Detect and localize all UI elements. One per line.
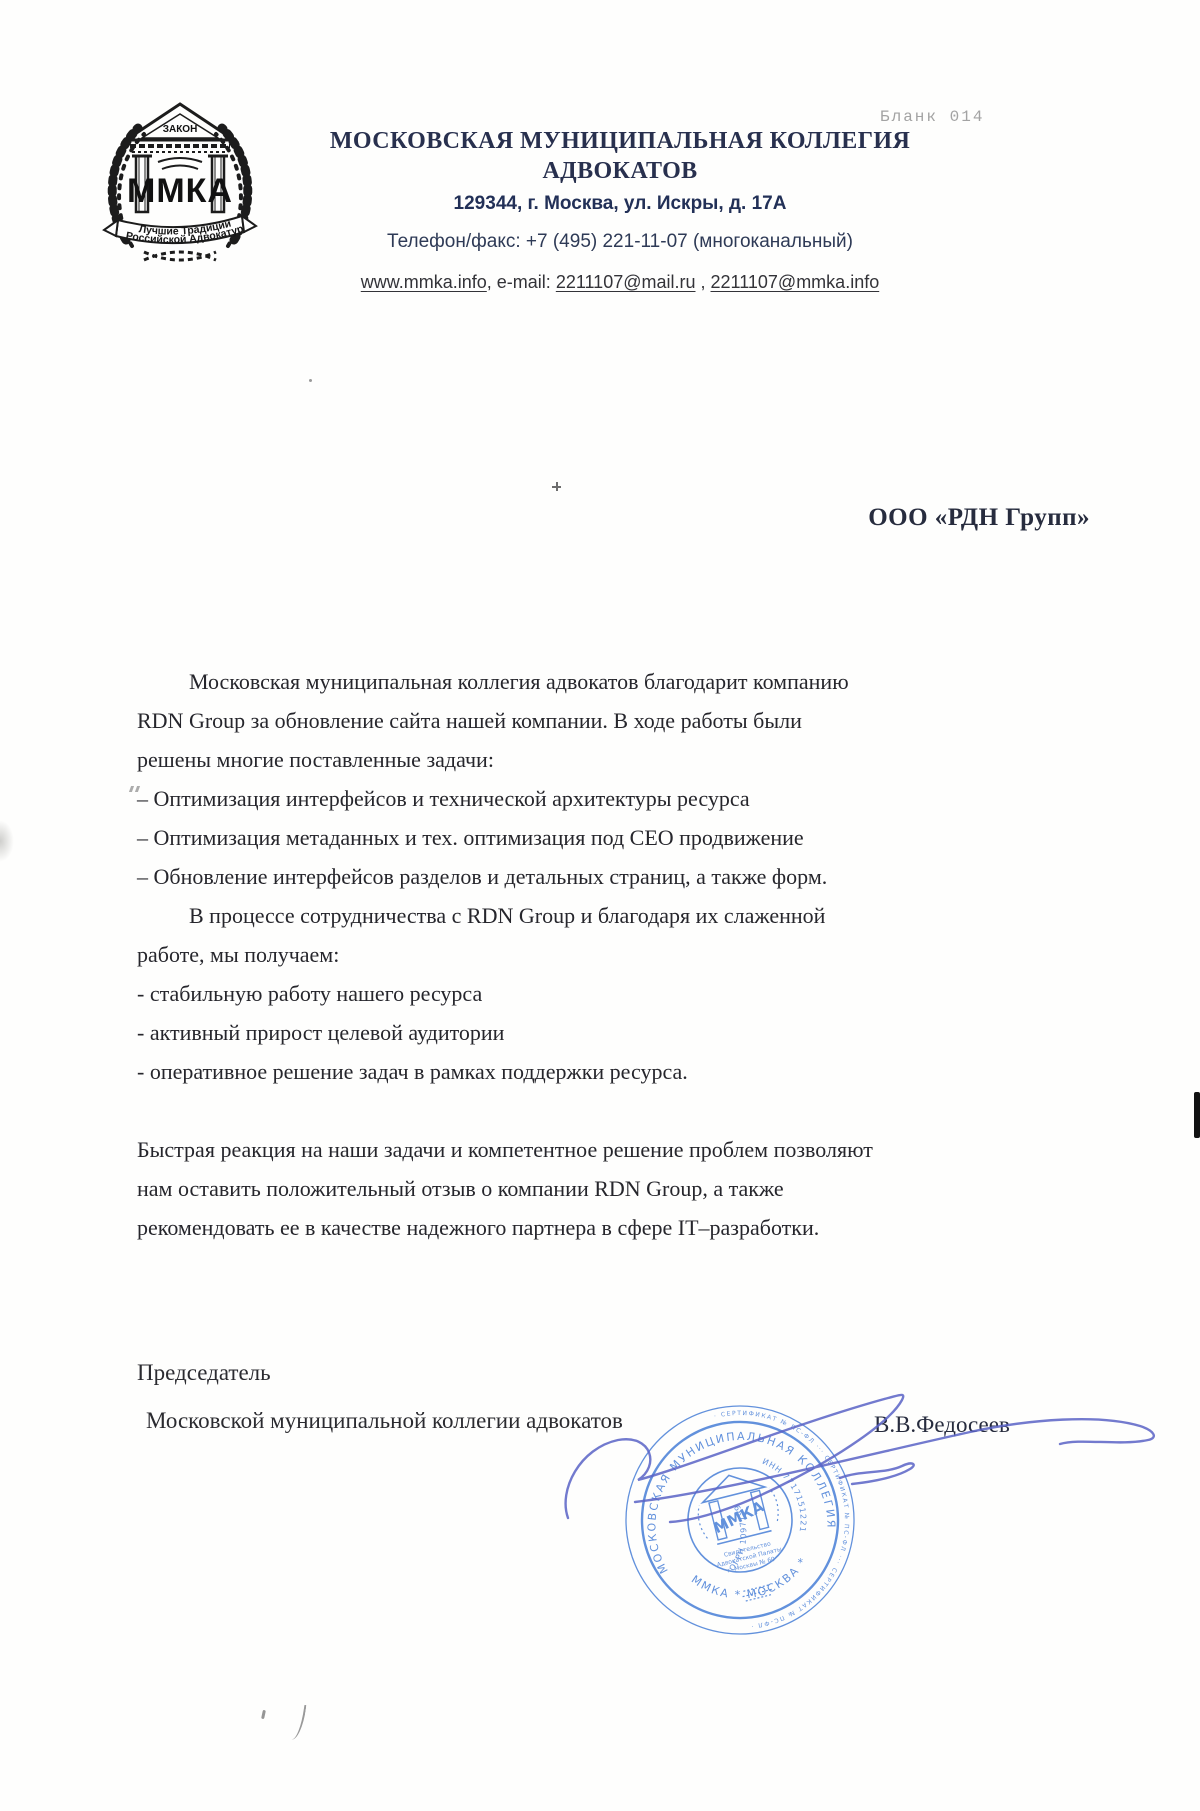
scan-smudge-left — [0, 820, 14, 862]
logo-pediment-text: ЗАКОН — [163, 124, 198, 135]
org-website-link: www.mmka.info — [361, 272, 487, 292]
signature-ink-icon — [540, 1370, 1190, 1580]
org-name: МОСКОВСКАЯ МУНИЦИПАЛЬНАЯ КОЛЛЕГИЯ АДВОКА… — [255, 126, 985, 186]
org-address: 129344, г. Москва, ул. Искры, д. 17А — [255, 192, 985, 216]
scanned-letter-page: Бланк 014 — [0, 0, 1200, 1811]
task-list-item: – Оптимизация метаданных и тех. оптимиза… — [137, 818, 874, 857]
paragraph-recommendation: Быстрая реакция на наши задачи и компете… — [137, 1130, 874, 1247]
org-email-1: 2211107@mail.ru — [556, 272, 696, 292]
recipient-name: ООО «РДН Групп» — [868, 504, 1090, 532]
scan-tick-mark — [261, 1710, 266, 1719]
blank-form-number: Бланк 014 — [880, 108, 990, 126]
org-contacts-line: www.mmka.info, e-mail: 2211107@mail.ru ,… — [255, 270, 985, 294]
org-phone: Телефон/факс: +7 (495) 221-11-07 (многок… — [255, 230, 985, 254]
scan-plus-mark — [552, 482, 561, 491]
paragraph-thanks: Московская муниципальная коллегия адвока… — [137, 662, 874, 779]
org-email-2: 2211107@mmka.info — [711, 272, 880, 292]
letterhead: МОСКОВСКАЯ МУНИЦИПАЛЬНАЯ КОЛЛЕГИЯ АДВОКА… — [255, 126, 985, 294]
email-label: , e-mail: — [487, 272, 556, 292]
signer-title-line1: Председатель — [137, 1360, 271, 1386]
task-list-item: – Оптимизация интерфейсов и технической … — [137, 779, 874, 818]
scan-dot-mark — [309, 379, 312, 382]
letter-body: Московская муниципальная коллегия адвока… — [137, 662, 874, 1247]
benefit-list-item: - оперативное решение задач в рамках под… — [137, 1052, 874, 1091]
task-list-item: – Обновление интерфейсов разделов и дета… — [137, 857, 874, 896]
logo-acronym: ММКА — [127, 172, 233, 210]
email-separator: , — [696, 272, 711, 292]
mmka-logo: ЗАКОН ММКА Лучшие Традиции Российской Ад… — [92, 90, 268, 274]
scan-curve-mark — [288, 1703, 307, 1741]
benefit-list-item: - стабильную работу нашего ресурса — [137, 974, 874, 1013]
mmka-emblem-icon: ЗАКОН ММКА Лучшие Традиции Российской Ад… — [92, 90, 268, 274]
benefit-list-item: - активный прирост целевой аудитории — [137, 1013, 874, 1052]
handwritten-signature — [540, 1370, 1190, 1580]
scan-mark-right-edge — [1194, 1092, 1200, 1138]
paragraph-cooperation: В процессе сотрудничества с RDN Group и … — [137, 896, 874, 974]
